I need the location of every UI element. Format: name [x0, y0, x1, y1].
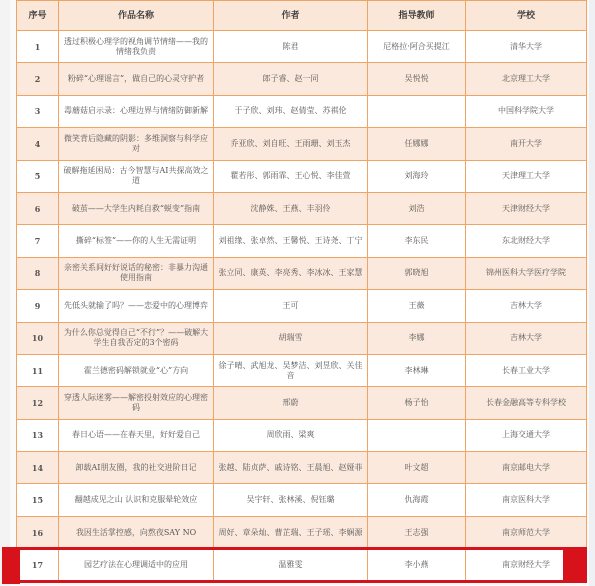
table-row: 4 微笑背后隐藏的阴影：多维洞察与科学应对 乔亚欣、刘自旺、王雨珊、刘玉杰 任娜…	[17, 128, 587, 160]
table-row: 14 卸载AI朋友圈，我的社交进阶日记 张越、陆贞萨、戚诗铭、王晨旭、赵娅菲 叶…	[17, 452, 587, 484]
cell-school: 天津理工大学	[466, 160, 587, 192]
cell-school: 北京理工大学	[466, 63, 587, 95]
cell-num: 13	[17, 419, 59, 451]
table-row: 11 霍兰德密码解锁就业“心”方向 徐子晴、武旭龙、吴梦洁、刘昱欣、关佳音 李林…	[17, 354, 587, 386]
cell-author: 张立同、康英、李亮秀、李冰冰、王家慧	[214, 257, 368, 289]
cell-school: 中国科学院大学	[466, 95, 587, 127]
cell-author: 吴宇轩、张林溪、倪钰璐	[214, 484, 368, 516]
cell-title: 毒蘑菇启示录：心理边界与情绪防御新解	[59, 95, 214, 127]
cell-author: 沈静姝、王燕、丰羽伶	[214, 192, 368, 224]
cell-author: 邢蔚	[214, 387, 368, 419]
cell-school: 清华大学	[466, 31, 587, 63]
cell-num: 17	[17, 549, 59, 581]
cell-num: 15	[17, 484, 59, 516]
cell-teacher: 杨子怡	[368, 387, 466, 419]
cell-num: 2	[17, 63, 59, 95]
table-row: 2 粉碎“心理谣言”，做自己的心灵守护者 郎子睿、赵一同 吴悦悦 北京理工大学	[17, 63, 587, 95]
cell-title: 我因生活掌控感，向熬夜SAY NO	[59, 516, 214, 548]
cell-teacher: 李林琳	[368, 354, 466, 386]
cell-school: 吉林大学	[466, 290, 587, 322]
table-row: 10 为什么你总觉得自己“不行”？——破解大学生自我否定的3个密码 胡瑞雪 李娜…	[17, 322, 587, 354]
table-row: 1 透过积极心理学的视角调节情绪——我的情绪我负责 陈君 尼格拉·阿合买提江 清…	[17, 31, 587, 63]
cell-teacher	[368, 95, 466, 127]
table-row: 9 先低头就输了吗？——恋爱中的心理博弈 王可 王薇 吉林大学	[17, 290, 587, 322]
cell-author: 于子欣、刘玮、赵倩莹、苏祺伦	[214, 95, 368, 127]
cell-title: 粉碎“心理谣言”，做自己的心灵守护者	[59, 63, 214, 95]
cell-teacher: 叶文超	[368, 452, 466, 484]
cell-school: 长春金融高等专科学校	[466, 387, 587, 419]
cell-title: 透过积极心理学的视角调节情绪——我的情绪我负责	[59, 31, 214, 63]
cell-teacher: 李东民	[368, 225, 466, 257]
cell-author: 乔亚欣、刘自旺、王雨珊、刘玉杰	[214, 128, 368, 160]
table-row-highlighted: 17 园艺疗法在心理调适中的应用 温雅雯 李小燕 南京财经大学	[17, 549, 587, 581]
cell-teacher: 任娜娜	[368, 128, 466, 160]
header-title: 作品名称	[59, 1, 214, 31]
cell-teacher: 仇海霞	[368, 484, 466, 516]
cell-school: 上海交通大学	[466, 419, 587, 451]
cell-num: 16	[17, 516, 59, 548]
cell-title: 亲密关系间好好说话的秘密：非暴力沟通使用指南	[59, 257, 214, 289]
cell-author: 张越、陆贞萨、戚诗铭、王晨旭、赵娅菲	[214, 452, 368, 484]
cell-teacher: 李娜	[368, 322, 466, 354]
cell-author: 王可	[214, 290, 368, 322]
header-school: 学校	[466, 1, 587, 31]
cell-num: 14	[17, 452, 59, 484]
cell-author: 陈君	[214, 31, 368, 63]
table-row: 16 我因生活掌控感，向熬夜SAY NO 周好、章朵灿、曹芷瑞、王子瑶、李娴源 …	[17, 516, 587, 548]
cell-author: 周欣雨、梁爽	[214, 419, 368, 451]
cell-title: 先低头就输了吗？——恋爱中的心理博弈	[59, 290, 214, 322]
cell-title: 穿透人际迷雾——解密投射效应的心理密码	[59, 387, 214, 419]
table-row: 7 撕碎“标签”——你的人生无需证明 刘祖缘、张卓然、王馨悦、王诗尧、丁宁 李东…	[17, 225, 587, 257]
cell-school: 长春工业大学	[466, 354, 587, 386]
cell-school: 南京医科大学	[466, 484, 587, 516]
cell-num: 3	[17, 95, 59, 127]
cell-title: 撕碎“标签”——你的人生无需证明	[59, 225, 214, 257]
header-num: 序号	[17, 1, 59, 31]
cell-title: 卸载AI朋友圈，我的社交进阶日记	[59, 452, 214, 484]
cell-title: 霍兰德密码解锁就业“心”方向	[59, 354, 214, 386]
cell-num: 7	[17, 225, 59, 257]
table-row: 15 翻越成见之山 认识和克服晕轮效应 吴宇轩、张林溪、倪钰璐 仇海霞 南京医科…	[17, 484, 587, 516]
cell-title: 春日心语——在春天里，好好爱自己	[59, 419, 214, 451]
cell-school: 东北财经大学	[466, 225, 587, 257]
cell-teacher: 吴悦悦	[368, 63, 466, 95]
cell-school: 南京邮电大学	[466, 452, 587, 484]
cell-author: 郎子睿、赵一同	[214, 63, 368, 95]
awards-table: 序号 作品名称 作者 指导教师 学校 1 透过积极心理学的视角调节情绪——我的情…	[16, 0, 587, 582]
cell-title: 翻越成见之山 认识和克服晕轮效应	[59, 484, 214, 516]
cell-teacher: 王志强	[368, 516, 466, 548]
cell-num: 8	[17, 257, 59, 289]
cell-num: 9	[17, 290, 59, 322]
cell-school: 吉林大学	[466, 322, 587, 354]
cell-teacher: 刘浩	[368, 192, 466, 224]
cell-num: 11	[17, 354, 59, 386]
cell-num: 10	[17, 322, 59, 354]
cell-author: 徐子晴、武旭龙、吴梦洁、刘昱欣、关佳音	[214, 354, 368, 386]
table-row: 3 毒蘑菇启示录：心理边界与情绪防御新解 于子欣、刘玮、赵倩莹、苏祺伦 中国科学…	[17, 95, 587, 127]
cell-teacher: 李小燕	[368, 549, 466, 581]
cell-school: 南京财经大学	[466, 549, 587, 581]
cell-author: 周好、章朵灿、曹芷瑞、王子瑶、李娴源	[214, 516, 368, 548]
cell-author: 瞿若彤、郭雨霏、王心悦、李佳萱	[214, 160, 368, 192]
cell-author: 温雅雯	[214, 549, 368, 581]
cell-num: 5	[17, 160, 59, 192]
cell-teacher: 尼格拉·阿合买提江	[368, 31, 466, 63]
cell-num: 1	[17, 31, 59, 63]
cell-school: 南京师范大学	[466, 516, 587, 548]
cell-num: 4	[17, 128, 59, 160]
header-teacher: 指导教师	[368, 1, 466, 31]
cell-title: 破解拖延困局：古今智慧与AI共探高效之道	[59, 160, 214, 192]
cell-num: 6	[17, 192, 59, 224]
page-edge	[589, 0, 595, 586]
cell-author: 胡瑞雪	[214, 322, 368, 354]
table-row: 12 穿透人际迷雾——解密投射效应的心理密码 邢蔚 杨子怡 长春金融高等专科学校	[17, 387, 587, 419]
table-header-row: 序号 作品名称 作者 指导教师 学校	[17, 1, 587, 31]
cell-teacher: 王薇	[368, 290, 466, 322]
table-row: 13 春日心语——在春天里，好好爱自己 周欣雨、梁爽 上海交通大学	[17, 419, 587, 451]
header-author: 作者	[214, 1, 368, 31]
cell-num: 12	[17, 387, 59, 419]
table-row: 5 破解拖延困局：古今智慧与AI共探高效之道 瞿若彤、郭雨霏、王心悦、李佳萱 刘…	[17, 160, 587, 192]
cell-title: 园艺疗法在心理调适中的应用	[59, 549, 214, 581]
cell-author: 刘祖缘、张卓然、王馨悦、王诗尧、丁宁	[214, 225, 368, 257]
cell-title: 微笑背后隐藏的阴影：多维洞察与科学应对	[59, 128, 214, 160]
cell-teacher: 郭晓旭	[368, 257, 466, 289]
cell-school: 锦州医科大学医疗学院	[466, 257, 587, 289]
cell-school: 天津财经大学	[466, 192, 587, 224]
table-row: 8 亲密关系间好好说话的秘密：非暴力沟通使用指南 张立同、康英、李亮秀、李冰冰、…	[17, 257, 587, 289]
table-row: 6 破茧——大学生内耗自救“蜕变”指南 沈静姝、王燕、丰羽伶 刘浩 天津财经大学	[17, 192, 587, 224]
cell-teacher	[368, 419, 466, 451]
cell-teacher: 刘海玲	[368, 160, 466, 192]
cell-title: 为什么你总觉得自己“不行”？——破解大学生自我否定的3个密码	[59, 322, 214, 354]
cell-school: 南开大学	[466, 128, 587, 160]
cell-title: 破茧——大学生内耗自救“蜕变”指南	[59, 192, 214, 224]
